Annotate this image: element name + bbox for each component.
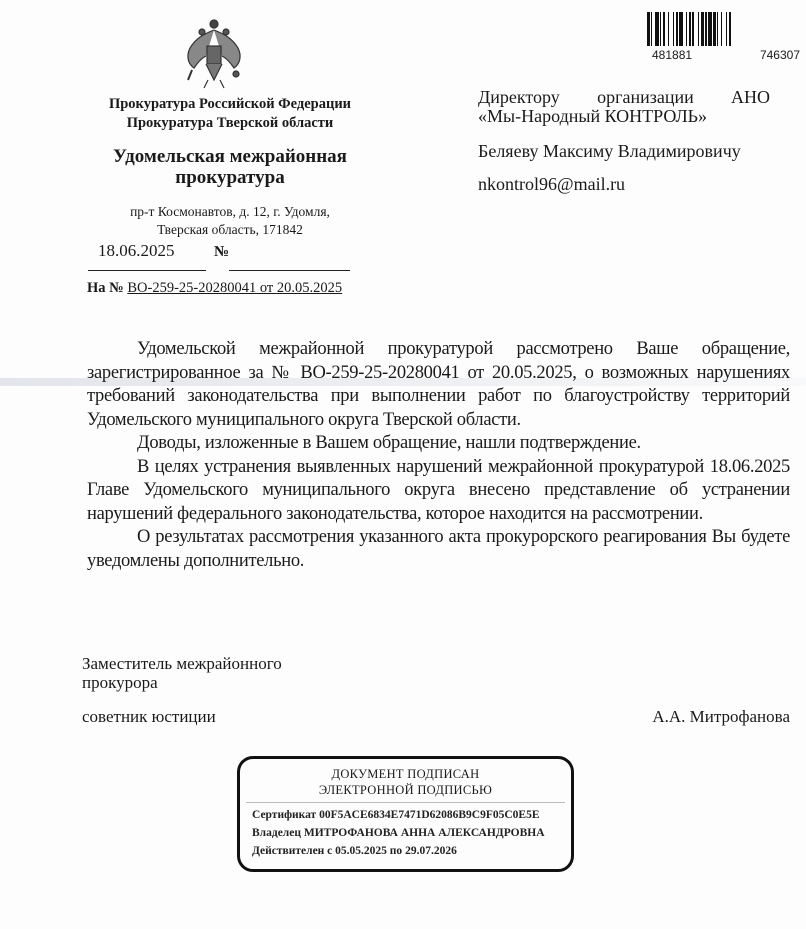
barcode-bar xyxy=(731,12,734,46)
recipient-name: Беляеву Максиму Владимировичу xyxy=(478,142,770,161)
stamp-title-1: ДОКУМЕНТ ПОДПИСАН xyxy=(240,767,571,782)
stamp-owner: Владелец МИТРОФАНОВА АННА АЛЕКСАНДРОВНА xyxy=(252,827,545,839)
stamp-certificate: Сертификат 00F5ACE6834E7471D62086B9C9F05… xyxy=(252,809,540,821)
org-name-federal: Прокуратура Российской Федерации xyxy=(60,96,400,113)
barcode-right-digits: 746307 xyxy=(760,48,800,62)
office-name: Удомельская межрайонная прокуратура xyxy=(60,146,400,188)
document-date: 18.06.2025 xyxy=(98,241,175,261)
reference-value: ВО-259-25-20280041 от 20.05.2025 xyxy=(127,280,342,296)
signer-position: Заместитель межрайонного прокурора xyxy=(82,654,282,692)
valid-to-label: по xyxy=(390,845,402,857)
barcode xyxy=(647,12,803,48)
org-name-regional: Прокуратура Тверской области xyxy=(60,115,400,132)
recipient-title: Директору организации АНО xyxy=(478,88,770,107)
office-address: пр-т Космонавтов, д. 12, г. Удомля, Твер… xyxy=(60,203,400,239)
russian-coat-of-arms-icon xyxy=(182,18,246,90)
valid-to: 29.07.2026 xyxy=(405,845,457,857)
signer-position-line-1: Заместитель межрайонного xyxy=(82,654,282,673)
address-line-2: Тверская область, 171842 xyxy=(60,221,400,239)
stamp-divider xyxy=(246,802,565,803)
signer-name: А.А. Митрофанова xyxy=(620,707,790,727)
document-number-label: № xyxy=(214,244,229,261)
reference-line: На № ВО-259-25-20280041 от 20.05.2025 xyxy=(87,280,342,297)
barcode-left-digits: 481881 xyxy=(652,48,692,62)
owner-label: Владелец xyxy=(252,827,301,839)
valid-label: Действителен с xyxy=(252,845,332,857)
body-paragraph: О результатах рассмотрения указанного ак… xyxy=(87,526,790,573)
barcode-digits: 481881 746307 xyxy=(652,48,800,62)
recipient-org: «Мы-Народный КОНТРОЛЬ» xyxy=(478,107,770,126)
number-underline xyxy=(229,270,350,271)
address-line-1: пр-т Космонавтов, д. 12, г. Удомля, xyxy=(60,203,400,221)
body-paragraph: Доводы, изложенные в Вашем обращение, на… xyxy=(87,432,790,456)
electronic-signature-stamp: ДОКУМЕНТ ПОДПИСАН ЭЛЕКТРОННОЙ ПОДПИСЬЮ С… xyxy=(237,756,574,872)
body-paragraph: Удомельской межрайонной прокуратурой рас… xyxy=(87,338,790,432)
owner-value: МИТРОФАНОВА АННА АЛЕКСАНДРОВНА xyxy=(304,827,545,839)
stamp-validity: Действителен с 05.05.2025 по 29.07.2026 xyxy=(252,845,457,857)
reference-prefix: На № xyxy=(87,280,124,296)
date-underline xyxy=(88,270,206,271)
recipient-email: nkontrol96@mail.ru xyxy=(478,175,770,194)
certificate-value: 00F5ACE6834E7471D62086B9C9F05C0E5E xyxy=(319,809,539,821)
stamp-title-2: ЭЛЕКТРОННОЙ ПОДПИСЬЮ xyxy=(240,783,571,798)
signer-rank: советник юстиции xyxy=(82,707,216,727)
signer-position-line-2: прокурора xyxy=(82,673,282,692)
valid-from: 05.05.2025 xyxy=(335,845,387,857)
letter-body: Удомельской межрайонной прокуратурой рас… xyxy=(87,338,790,573)
body-paragraph: В целях устранения выявленных нарушений … xyxy=(87,456,790,527)
certificate-label: Сертификат xyxy=(252,809,316,821)
